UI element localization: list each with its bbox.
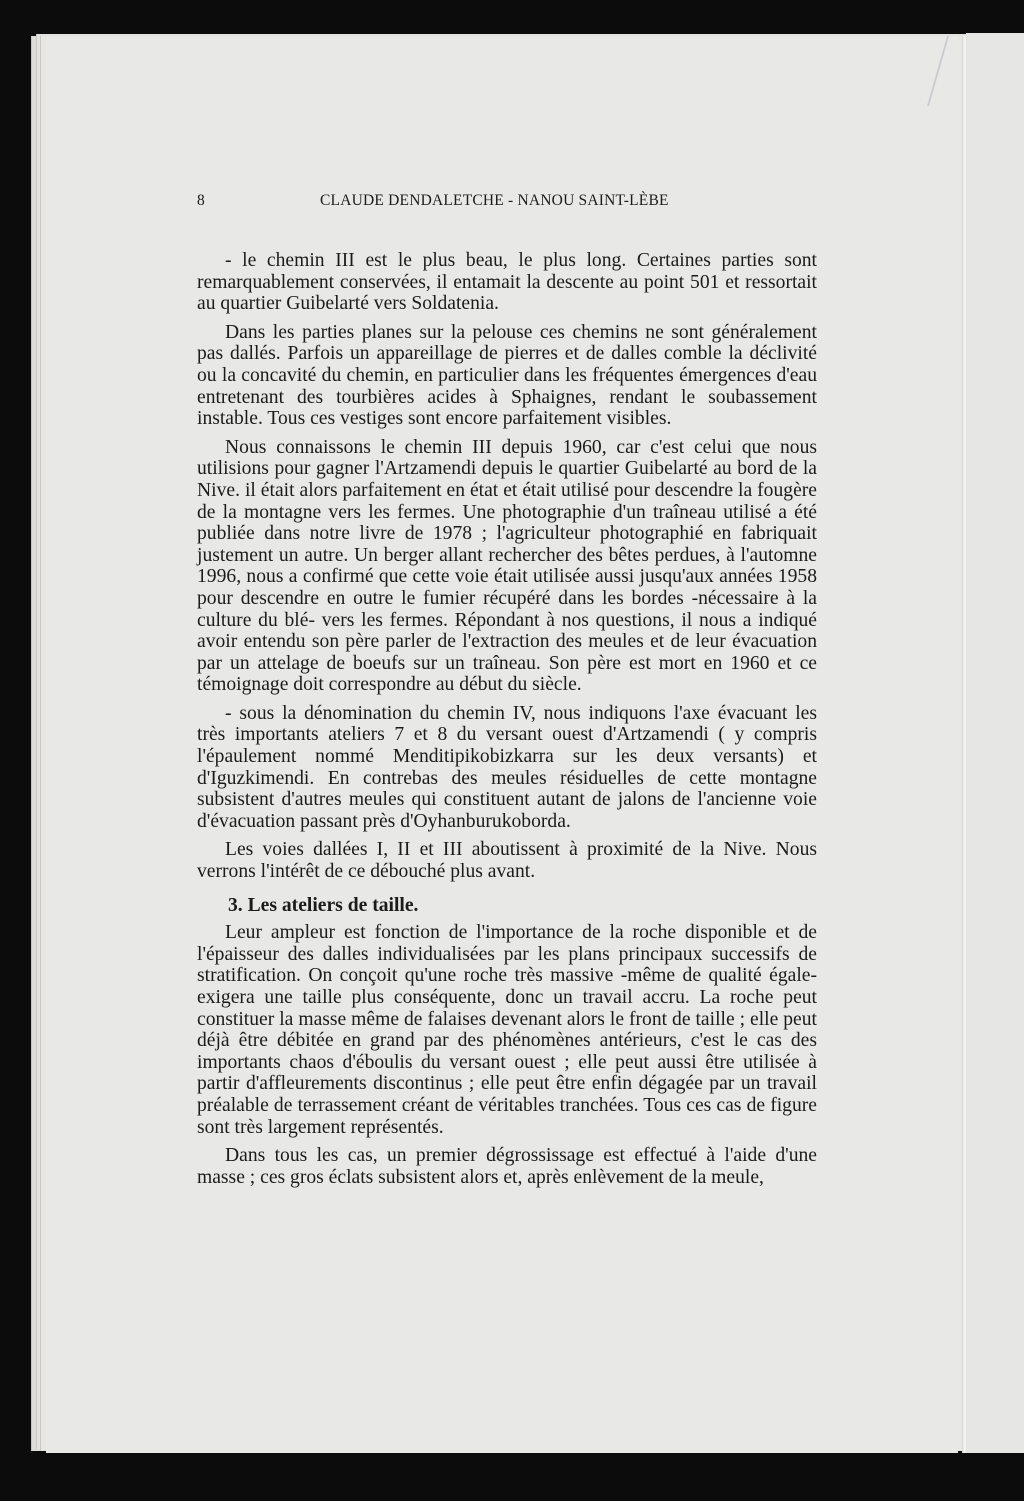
paragraph: Dans les parties planes sur la pelouse c… — [197, 322, 817, 430]
paragraph: Leur ampleur est fonction de l'importanc… — [197, 922, 817, 1138]
facing-page-edge — [966, 33, 1024, 1453]
running-head-title: CLAUDE DENDALETCHE - NANOU SAINT-LÈBE — [320, 192, 669, 210]
paragraph: Dans tous les cas, un premier dégrossiss… — [197, 1145, 817, 1188]
paragraph: Les voies dallées I, II et III aboutisse… — [197, 839, 817, 882]
running-head: 8 CLAUDE DENDALETCHE - NANOU SAINT-LÈBE — [197, 192, 817, 212]
page-number: 8 — [197, 192, 205, 210]
paragraph: Nous connaissons le chemin III depuis 19… — [197, 437, 817, 696]
paragraph: - le chemin III est le plus beau, le plu… — [197, 250, 817, 315]
book-gutter — [962, 36, 967, 1453]
body-text: - le chemin III est le plus beau, le plu… — [197, 250, 817, 1195]
paragraph: - sous la dénomination du chemin IV, nou… — [197, 703, 817, 833]
section-heading: 3. Les ateliers de taille. — [228, 895, 817, 917]
